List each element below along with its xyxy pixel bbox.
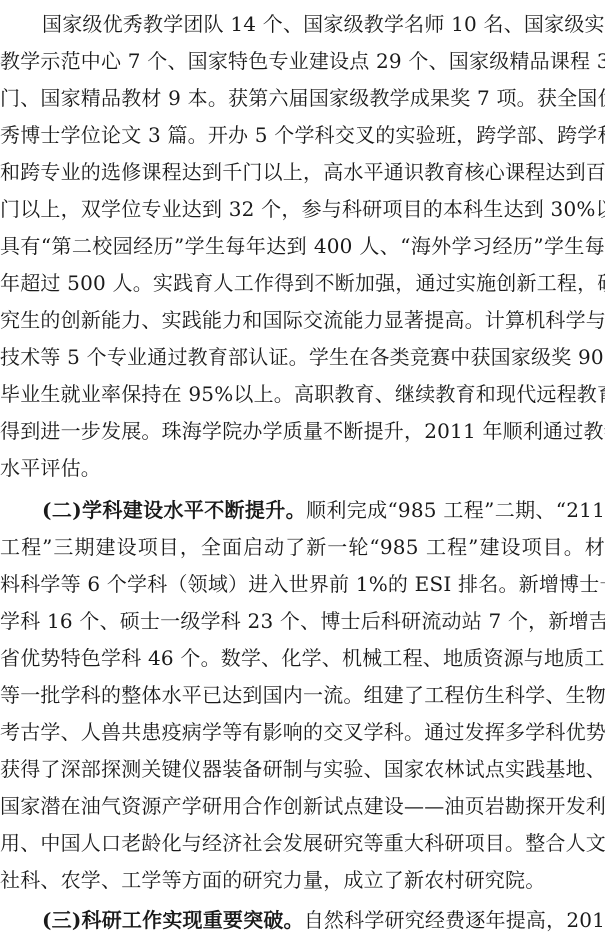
- paragraph-2-line-1: (二)学科建设水平不断提升。顺利完成“985 工程”二期、“211: [42, 492, 605, 529]
- section-heading-2: (二)学科建设水平不断提升。: [42, 498, 306, 522]
- paragraph-1-line-11: 毕业生就业率保持在 95%以上。高职教育、继续教育和现代远程教育: [0, 376, 605, 413]
- paragraph-3-line-1-text: 自然科学研究经费逐年提高，2011: [304, 908, 605, 932]
- paragraph-2-line-10: 用、中国人口老龄化与经济社会发展研究等重大科研项目。整合人文、: [0, 825, 605, 862]
- paragraph-1-line-8: 年超过 500 人。实践育人工作得到不断加强，通过实施创新工程，研: [0, 265, 605, 302]
- paragraph-2-line-2: 工程”三期建设项目，全面启动了新一轮“985 工程”建设项目。材: [0, 529, 605, 566]
- paragraph-1-line-12: 得到进一步发展。珠海学院办学质量不断提升，2011 年顺利通过教学: [0, 413, 605, 450]
- paragraph-1-line-4: 秀博士学位论文 3 篇。开办 5 个学科交叉的实验班，跨学部、跨学科: [0, 117, 605, 154]
- section-heading-3: (三)科研工作实现重要突破。: [42, 908, 304, 932]
- paragraph-2-line-5: 省优势特色学科 46 个。数学、化学、机械工程、地质资源与地质工程: [0, 640, 605, 677]
- paragraph-1-line-2: 教学示范中心 7 个、国家特色专业建设点 29 个、国家级精品课程 38: [0, 43, 605, 80]
- paragraph-1-line-13: 水平评估。: [0, 450, 605, 487]
- paragraph-1-line-5: 和跨专业的选修课程达到千门以上，高水平通识教育核心课程达到百: [0, 154, 605, 191]
- paragraph-2-line-3: 料科学等 6 个学科（领域）进入世界前 1%的 ESI 排名。新增博士一级: [0, 566, 605, 603]
- paragraph-1-line-3: 门、国家精品教材 9 本。获第六届国家级教学成果奖 7 项。获全国优: [0, 80, 605, 117]
- document-page: 国家级优秀教学团队 14 个、国家级教学名师 10 名、国家级实验 教学示范中心…: [0, 0, 605, 933]
- paragraph-1-line-9: 究生的创新能力、实践能力和国际交流能力显著提高。计算机科学与: [0, 302, 605, 339]
- paragraph-1-line-6: 门以上，双学位专业达到 32 个，参与科研项目的本科生达到 30%以上，: [0, 191, 605, 228]
- paragraph-1-line-10: 技术等 5 个专业通过教育部认证。学生在各类竞赛中获国家级奖 90 项。: [0, 339, 605, 376]
- paragraph-2-line-8: 获得了深部探测关键仪器装备研制与实验、国家农林试点实践基地、: [0, 751, 605, 788]
- paragraph-2-line-1-text: 顺利完成“985 工程”二期、“211: [306, 498, 605, 522]
- paragraph-1-line-1: 国家级优秀教学团队 14 个、国家级教学名师 10 名、国家级实验: [42, 6, 605, 43]
- paragraph-2-line-6: 等一批学科的整体水平已达到国内一流。组建了工程仿生科学、生物: [0, 677, 605, 714]
- paragraph-2-line-11: 社科、农学、工学等方面的研究力量，成立了新农村研究院。: [0, 862, 605, 899]
- paragraph-2-line-9: 国家潜在油气资源产学研用合作创新试点建设——油页岩勘探开发利: [0, 788, 605, 825]
- paragraph-3-line-1: (三)科研工作实现重要突破。自然科学研究经费逐年提高，2011: [42, 902, 605, 933]
- paragraph-2-line-7: 考古学、人兽共患疫病学等有影响的交叉学科。通过发挥多学科优势，: [0, 714, 605, 751]
- paragraph-1-line-7: 具有“第二校园经历”学生每年达到 400 人、“海外学习经历”学生每: [0, 228, 605, 265]
- paragraph-2-line-4: 学科 16 个、硕士一级学科 23 个、博士后科研流动站 7 个，新增吉林: [0, 603, 605, 640]
